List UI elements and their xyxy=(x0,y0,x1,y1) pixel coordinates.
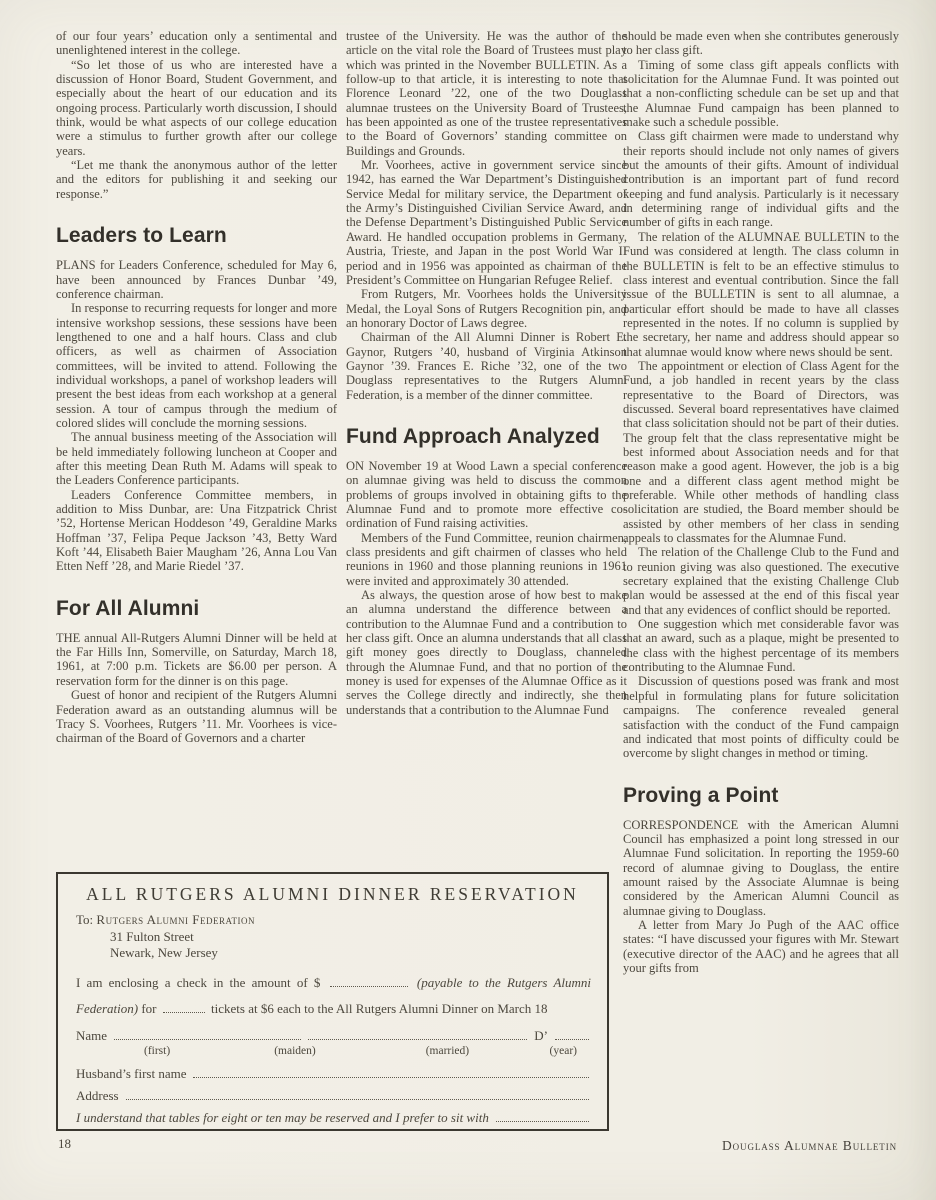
column-right: should be made even when she contributes… xyxy=(623,29,899,1133)
heading-fund-approach-analyzed: Fund Approach Analyzed xyxy=(346,426,627,448)
seating-preference-field[interactable] xyxy=(496,1119,589,1122)
heading-proving-a-point: Proving a Point xyxy=(623,785,899,807)
paragraph: THE annual All-Rutgers Alumni Dinner wil… xyxy=(56,631,337,688)
paragraph: Guest of honor and recipient of the Rutg… xyxy=(56,688,337,745)
paragraph: should be made even when she contributes… xyxy=(623,29,899,58)
paragraph: The annual business meeting of the Assoc… xyxy=(56,430,337,487)
sublabel-maiden: (maiden) xyxy=(274,1045,316,1057)
scanned-page: of our four years’ education only a sent… xyxy=(0,0,936,1200)
address-row: Address xyxy=(76,1088,589,1104)
paragraph: Class gift chairmen were made to underst… xyxy=(623,129,899,229)
recipient-name: Rutgers Alumni Federation xyxy=(96,912,255,927)
paragraph: A letter from Mary Jo Pugh of the AAC of… xyxy=(623,918,899,975)
paragraph: One suggestion which met considerable fa… xyxy=(623,617,899,674)
sublabel-year: (year) xyxy=(550,1045,577,1057)
check-text: I am enclosing a check in the amount of … xyxy=(76,975,320,990)
sublabel-first: (first) xyxy=(144,1045,170,1057)
paragraph: The appointment or election of Class Age… xyxy=(623,359,899,545)
sublabel-married: (married) xyxy=(426,1045,469,1057)
paragraph: Mr. Voorhees, active in government servi… xyxy=(346,158,627,287)
paragraph: In response to recurring requests for lo… xyxy=(56,301,337,430)
paragraph: of our four years’ education only a sent… xyxy=(56,29,337,58)
form-recipient: To: Rutgers Alumni Federation xyxy=(76,912,591,928)
husband-label: Husband’s first name xyxy=(76,1066,186,1082)
seating-row: I understand that tables for eight or te… xyxy=(76,1110,589,1126)
paragraph: Timing of some class gift appeals confli… xyxy=(623,58,899,130)
heading-for-all-alumni: For All Alumni xyxy=(56,598,337,620)
class-year-field[interactable] xyxy=(555,1037,589,1040)
paragraph: As always, the question arose of how bes… xyxy=(346,588,627,717)
paragraph: CORRESPONDENCE with the American Alumni … xyxy=(623,818,899,918)
paragraph: From Rutgers, Mr. Voorhees holds the Uni… xyxy=(346,287,627,330)
name-sublabels: (first) (maiden) (married) (year) xyxy=(74,1045,591,1057)
paragraph: trustee of the University. He was the au… xyxy=(346,29,627,158)
paragraph: ON November 19 at Wood Lawn a special co… xyxy=(346,459,627,531)
paragraph: “Let me thank the anonymous author of th… xyxy=(56,158,337,201)
paragraph: PLANS for Leaders Conference, scheduled … xyxy=(56,258,337,301)
check-sentence: I am enclosing a check in the amount of … xyxy=(76,970,591,1022)
tickets-count-field[interactable] xyxy=(163,1003,205,1013)
publication-name: Douglass Alumnae Bulletin xyxy=(722,1138,897,1154)
tables-note: I understand that tables for eight or te… xyxy=(76,1110,489,1126)
paragraph: Members of the Fund Committee, reunion c… xyxy=(346,531,627,588)
name-married-field[interactable] xyxy=(308,1037,527,1040)
name-row: Name D’ xyxy=(76,1028,589,1044)
name-label: Name xyxy=(76,1028,107,1044)
husband-name-field[interactable] xyxy=(193,1075,589,1078)
paragraph: The relation of the ALUMNAE BULLETIN to … xyxy=(623,230,899,359)
paragraph: Chairman of the All Alumni Dinner is Rob… xyxy=(346,330,627,402)
page-number: 18 xyxy=(58,1136,71,1152)
check-text: for xyxy=(141,1001,156,1016)
column-middle: trustee of the University. He was the au… xyxy=(346,29,627,867)
to-label: To: xyxy=(76,912,93,927)
class-prefix-label: D’ xyxy=(534,1028,548,1044)
check-text: tickets at $6 each to the All Rutgers Al… xyxy=(211,1001,548,1016)
amount-field[interactable] xyxy=(330,977,408,987)
address-field[interactable] xyxy=(126,1097,589,1100)
address-label: Address xyxy=(76,1088,119,1104)
heading-leaders-to-learn: Leaders to Learn xyxy=(56,225,337,247)
reservation-form: ALL RUTGERS ALUMNI DINNER RESERVATION To… xyxy=(56,872,609,1131)
column-left: of our four years’ education only a sent… xyxy=(56,29,337,867)
name-first-maiden-field[interactable] xyxy=(114,1037,301,1040)
paragraph: Leaders Conference Committee members, in… xyxy=(56,488,337,574)
husband-row: Husband’s first name xyxy=(76,1066,589,1082)
paragraph: The relation of the Challenge Club to th… xyxy=(623,545,899,617)
paragraph: “So let those of us who are interested h… xyxy=(56,58,337,158)
paragraph: Discussion of questions posed was frank … xyxy=(623,674,899,760)
form-title: ALL RUTGERS ALUMNI DINNER RESERVATION xyxy=(74,884,591,905)
recipient-city: Newark, New Jersey xyxy=(110,945,591,961)
recipient-street: 31 Fulton Street xyxy=(110,929,591,945)
